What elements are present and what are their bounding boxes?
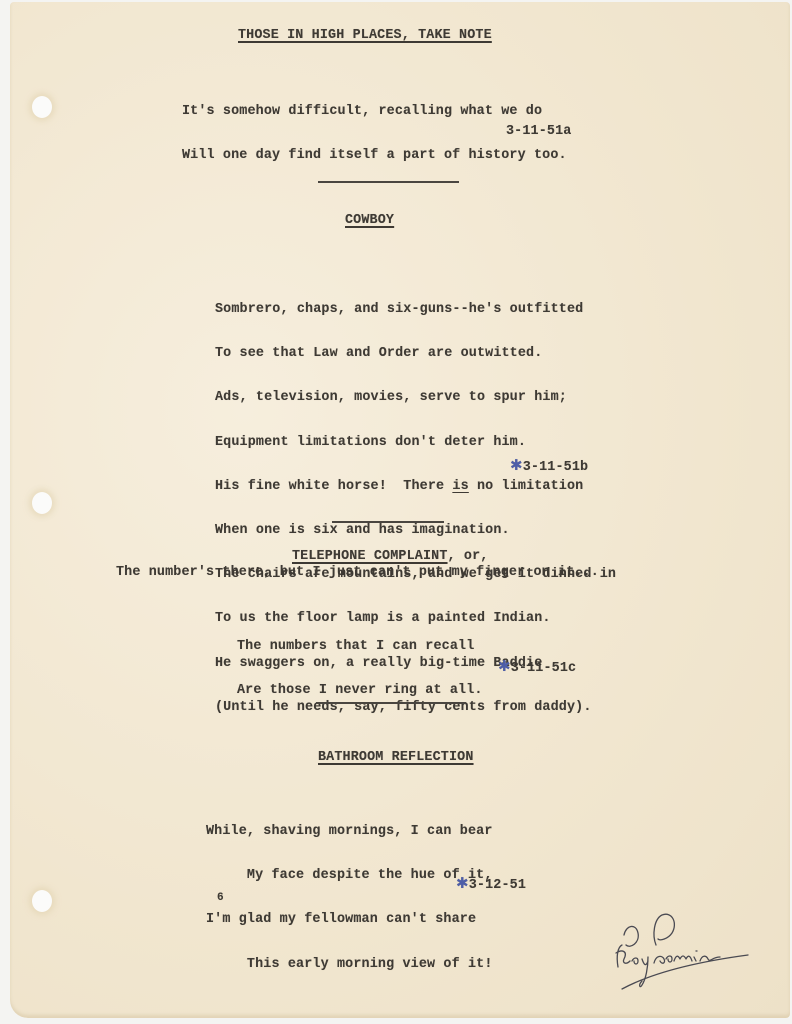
poem-body: The numbers that I can recall Are those …: [237, 610, 483, 713]
line-text: no limitation: [469, 479, 584, 494]
asterisk-mark-icon: ✱: [498, 657, 511, 675]
poem-line: When one is six and has imagination.: [215, 524, 616, 538]
poem-line: This early morning view of it!: [206, 958, 493, 972]
poem-date-row: ✱3-11-51b: [510, 456, 588, 475]
poem-title-suffix: , or,: [448, 549, 489, 564]
handwritten-signature: [608, 905, 758, 995]
punch-hole-middle: [32, 492, 52, 514]
poem-line: The numbers that I can recall: [237, 640, 483, 654]
poem-date: 3-12-51: [469, 878, 526, 893]
poem-date: 3-11-51a: [506, 124, 572, 139]
poem-body: While, shaving mornings, I can bear My f…: [206, 795, 493, 987]
poem-date: 3-11-51c: [511, 661, 577, 676]
punch-hole-bottom: [32, 890, 52, 912]
asterisk-mark-icon: ✱: [510, 456, 523, 474]
poem-line: To see that Law and Order are outwitted.: [215, 347, 616, 361]
poem-date: 3-11-51b: [523, 460, 589, 475]
poem-title: TELEPHONE COMPLAINT: [292, 549, 448, 564]
poem-line: It's somehow difficult, recalling what w…: [182, 105, 567, 119]
punch-hole-top: [32, 96, 52, 118]
poem-line: While, shaving mornings, I can bear: [206, 825, 493, 839]
poem-line: I'm glad my fellowman can't share: [206, 913, 493, 927]
poem-line: Sombrero, chaps, and six-guns--he's outf…: [215, 303, 616, 317]
poem-title: THOSE IN HIGH PLACES, TAKE NOTE: [238, 28, 492, 43]
poem-date-row: ✱3-11-51c: [498, 657, 576, 676]
line-text: His fine white horse! There: [215, 479, 452, 494]
poem-title: BATHROOM REFLECTION: [318, 750, 474, 765]
poem-date-row: ✱3-12-51: [456, 874, 526, 893]
poem-line: My face despite the hue of it,: [206, 869, 493, 883]
section-divider: [332, 521, 444, 523]
page-number: 6: [217, 892, 224, 904]
emphasized-word: is: [452, 479, 468, 494]
poem-line: His fine white horse! There is no limita…: [215, 480, 616, 494]
section-divider: [318, 181, 459, 183]
poem-line: Are those I never ring at all.: [237, 684, 483, 698]
poem-line: Ads, television, movies, serve to spur h…: [215, 391, 616, 405]
poem-title-row: TELEPHONE COMPLAINT, or,: [292, 549, 488, 564]
poem-subtitle: The number's there, but I just can't put…: [116, 565, 599, 580]
asterisk-mark-icon: ✱: [456, 874, 469, 892]
section-divider: [316, 702, 466, 704]
poem-line: Will one day find itself a part of histo…: [182, 149, 567, 163]
poem-title: COWBOY: [345, 213, 394, 228]
poem-line: Equipment limitations don't deter him.: [215, 436, 616, 450]
